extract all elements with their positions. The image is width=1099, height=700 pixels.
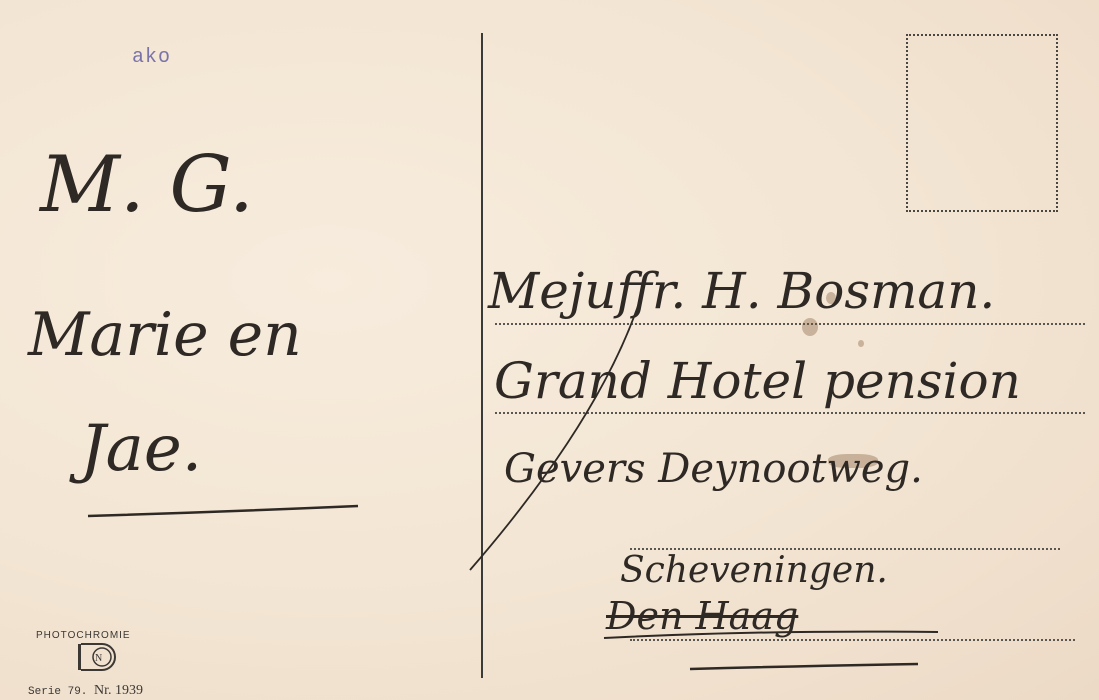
address-line-2: Grand Hotel pension [494,352,1021,410]
address-dotted-line-1 [495,323,1085,325]
postcard-back: ako M. G. Marie en Jae. Mejuffr. H. Bosm… [0,0,1099,700]
address-dotted-line-4 [630,639,1075,641]
address-line-5-struck: Den Haag [606,594,798,638]
nr-label: Nr. 1939 [94,683,143,698]
message-line-1: M. G. [40,140,254,230]
address-dotted-line-2 [495,412,1085,414]
message-line-2: Marie en [28,300,302,370]
serie-label: Serie 79. [28,686,87,698]
stamp-placeholder-box [906,34,1058,212]
ink-stain [858,340,864,347]
serie-number: Serie 79. Nr. 1939 [28,683,143,699]
purple-stamp-mark: ako [132,46,171,69]
message-line-3: Jae. [80,412,202,486]
publisher-label: PHOTOCHROMIE [36,630,131,641]
ink-stain [802,318,818,336]
address-line-1: Mejuffr. H. Bosman. [488,262,995,320]
publisher-logo-icon: N [76,642,124,672]
address-line-3: Gevers Deynootweg. [504,446,923,492]
address-line-4: Scheveningen. [620,550,888,591]
vertical-divider [481,33,483,678]
svg-text:N: N [95,653,102,664]
